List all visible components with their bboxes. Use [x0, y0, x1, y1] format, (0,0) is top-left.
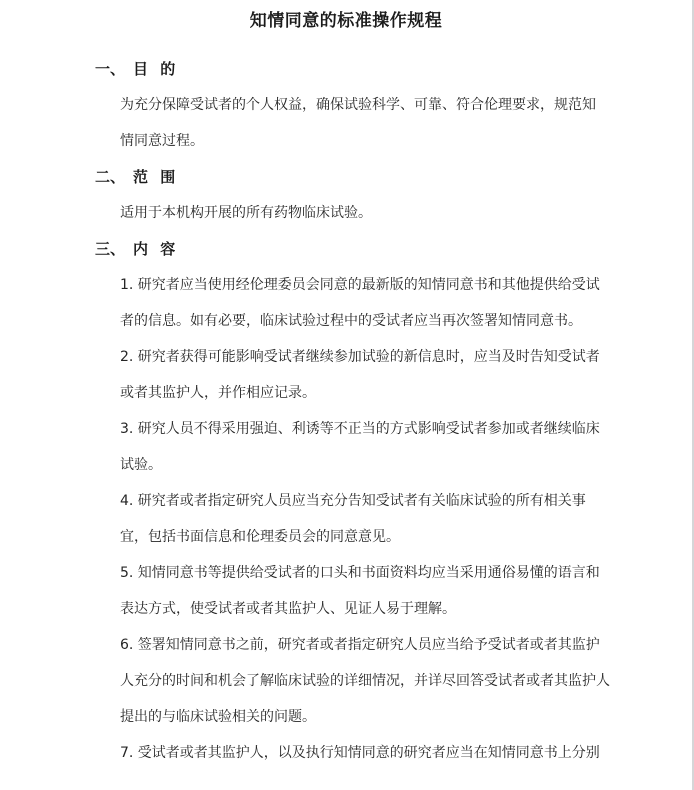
paragraph-line: 试验。 — [95, 447, 632, 483]
section-heading-1: 一、目 的 — [95, 51, 632, 87]
paragraph-line: 2. 研究者获得可能影响受试者继续参加试验的新信息时，应当及时告知受试者 — [95, 339, 632, 375]
paragraph-line: 适用于本机构开展的所有药物临床试验。 — [95, 195, 632, 231]
paragraph-line: 情同意过程。 — [95, 123, 632, 159]
paragraph-line: 人充分的时间和机会了解临床试验的详细情况，并详尽回答受试者或者其监护人 — [95, 663, 632, 699]
document-page: 知情同意的标准操作规程 一、目 的为充分保障受试者的个人权益，确保试验科学、可靠… — [0, 0, 694, 790]
section-title: 内 容 — [133, 240, 176, 258]
paragraph-line: 表达方式，使受试者或者其监护人、见证人易于理解。 — [95, 591, 632, 627]
paragraph-line: 者的信息。如有必要，临床试验过程中的受试者应当再次签署知情同意书。 — [95, 303, 632, 339]
section-title: 范 围 — [133, 168, 176, 186]
paragraph-line: 6. 签署知情同意书之前，研究者或者指定研究人员应当给予受试者或者其监护 — [95, 627, 632, 663]
section-number: 三、 — [95, 231, 133, 267]
section-number: 一、 — [95, 51, 133, 87]
paragraph-line: 3. 研究人员不得采用强迫、利诱等不正当的方式影响受试者参加或者继续临床 — [95, 411, 632, 447]
paragraph-line: 提出的与临床试验相关的问题。 — [95, 699, 632, 735]
document-title: 知情同意的标准操作规程 — [0, 8, 692, 34]
section-number: 二、 — [95, 159, 133, 195]
section-title: 目 的 — [133, 60, 176, 78]
paragraph-line: 为充分保障受试者的个人权益，确保试验科学、可靠、符合伦理要求，规范知 — [95, 87, 632, 123]
paragraph-line: 宜，包括书面信息和伦理委员会的同意意见。 — [95, 519, 632, 555]
section-heading-2: 二、范 围 — [95, 159, 632, 195]
paragraph-line: 1. 研究者应当使用经伦理委员会同意的最新版的知情同意书和其他提供给受试 — [95, 267, 632, 303]
document-body: 一、目 的为充分保障受试者的个人权益，确保试验科学、可靠、符合伦理要求，规范知情… — [0, 51, 692, 771]
paragraph-line: 或者其监护人，并作相应记录。 — [95, 375, 632, 411]
paragraph-line: 7. 受试者或者其监护人，以及执行知情同意的研究者应当在知情同意书上分别 — [95, 735, 632, 771]
paragraph-line: 5. 知情同意书等提供给受试者的口头和书面资料均应当采用通俗易懂的语言和 — [95, 555, 632, 591]
section-heading-3: 三、内 容 — [95, 231, 632, 267]
paragraph-line: 4. 研究者或者指定研究人员应当充分告知受试者有关临床试验的所有相关事 — [95, 483, 632, 519]
